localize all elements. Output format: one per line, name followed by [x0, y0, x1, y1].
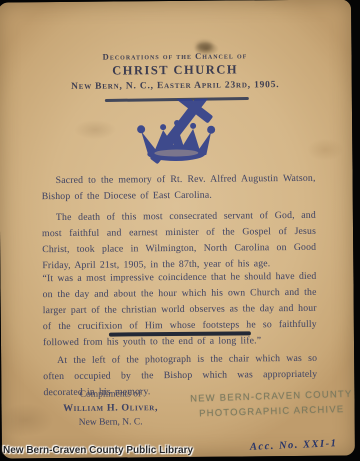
paragraph-quote: “It was a most impressive coincidence th…	[42, 269, 317, 351]
compliments-name: William H. Oliver,	[38, 401, 184, 416]
compliments-line-1: Compliments of	[37, 387, 183, 402]
compliments-block: Compliments of William H. Oliver, New Be…	[37, 387, 183, 430]
card-header: Decorations of the Chancel of CHRIST CHU…	[26, 50, 323, 93]
ink-smudge	[196, 42, 212, 51]
paragraph-dedication: Sacred to the memory of Rt. Rev. Alfred …	[42, 171, 316, 205]
compliments-place: New Bern, N. C.	[38, 415, 184, 430]
handwritten-accession-number: Acc. No. XXI-1	[250, 438, 338, 453]
header-line-2: CHRIST CHURCH	[27, 62, 324, 80]
library-caption: New Bern-Craven County Public Library	[3, 445, 193, 456]
header-line-1: Decorations of the Chancel of	[26, 50, 323, 63]
scanned-image-background: Decorations of the Chancel of CHRIST CHU…	[0, 0, 360, 461]
header-line-3: New Bern, N. C., Easter April 23rd, 1905…	[27, 80, 324, 93]
archive-stamp: NEW BERN-CRAVEN COUNTY PHOTOGRAPHIC ARCH…	[187, 387, 356, 422]
cross-and-crown-icon	[115, 98, 238, 165]
paragraph-death-notice: The death of this most consecrated serva…	[42, 208, 317, 274]
memorial-card: Decorations of the Chancel of CHRIST CHU…	[0, 0, 355, 459]
